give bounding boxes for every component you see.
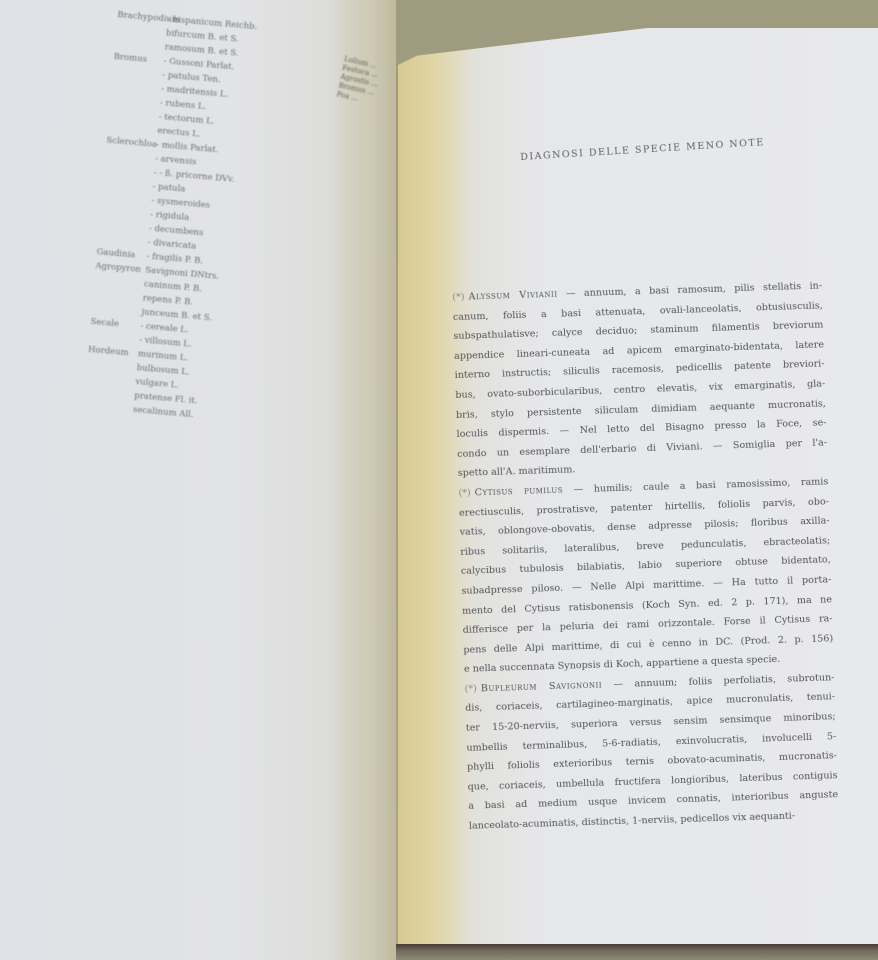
index-species: - rigidula (150, 210, 190, 223)
index-genus (92, 310, 142, 314)
index-genus (100, 212, 150, 216)
footnote-marker: (*) (452, 292, 465, 303)
page-bottom-edge (396, 944, 878, 960)
index-genus (93, 296, 143, 300)
index-genus (116, 31, 166, 35)
species-name: Alyssum Vivianii (468, 289, 557, 303)
index-genus (111, 87, 161, 91)
species-diagnosis: (*)Bupleurum Savignonii — annuum; foliis… (464, 668, 839, 836)
index-genus (87, 366, 137, 370)
index-genus (110, 101, 160, 105)
line-text: spetto all'A. maritimum. (458, 465, 576, 480)
index-genus (115, 45, 165, 49)
species-name: Cytisus pumilus (475, 485, 564, 499)
index-genus (94, 282, 144, 286)
footnote-marker: (*) (458, 487, 471, 498)
index-genus (109, 115, 159, 119)
index-species: secalinum All. (133, 405, 194, 420)
index-genus (99, 226, 149, 230)
index-species: - patula (152, 182, 186, 195)
index-genus (83, 407, 133, 411)
index-genus (101, 198, 151, 202)
index-genus (89, 338, 139, 342)
index-genus (85, 380, 135, 384)
species-diagnosis: (*)Alyssum Vivianii — annuum, a basi ram… (452, 276, 828, 483)
index-genus (112, 73, 162, 77)
index-genus (105, 156, 155, 160)
index-genus (104, 170, 154, 174)
diagnosis-text: (*)Alyssum Vivianii — annuum, a basi ram… (452, 276, 839, 836)
index-genus (103, 184, 153, 188)
index-genus (107, 129, 157, 133)
species-name: Bupleurum Savignonii (481, 679, 603, 694)
index-genus (98, 240, 148, 244)
line-text: — annuum; foliis perfoliatis, subrotun- (613, 672, 834, 690)
footnote-marker: (*) (464, 683, 477, 694)
species-diagnosis: (*)Cytisus pumilus — humilis; caule a ba… (458, 472, 834, 679)
index-genus (84, 394, 134, 398)
line-text: — humilis; caule a basi ramosissimo, ram… (573, 476, 828, 495)
